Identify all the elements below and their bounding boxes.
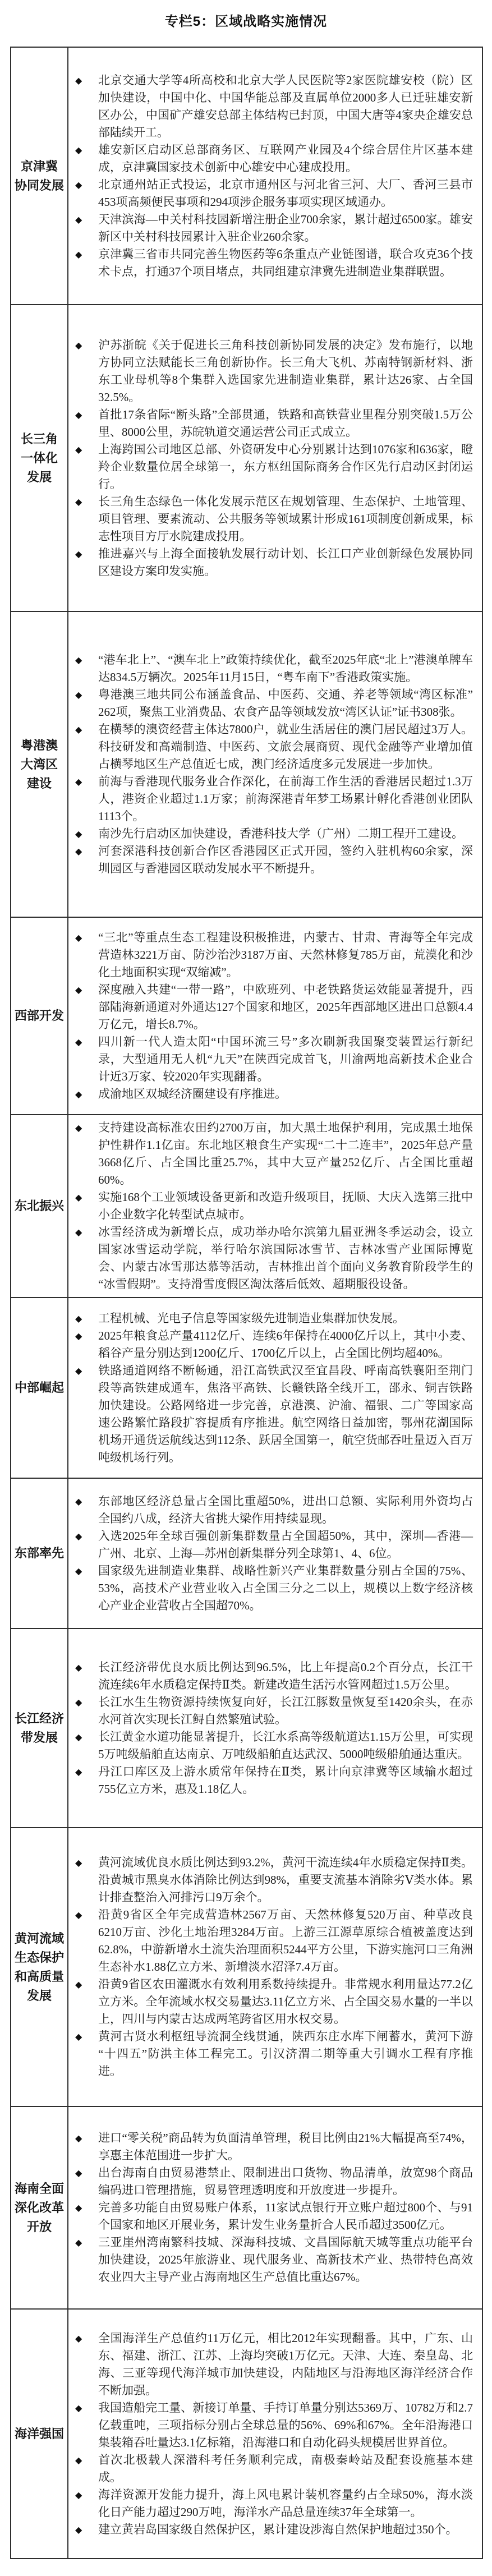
bullet-text: 冰雪经济成为新增长点，成功举办哈尔滨第九届亚洲冬季运动会，设立国家冰雪运动学院，… <box>98 1223 473 1293</box>
bullet-text: 四川新一代人造太阳“中国环流三号”多次刷新我国聚变装置运行新纪录，大型通用无人机… <box>98 1033 473 1085</box>
bullet-text: 成渝地区双城经济圈建设有序推进。 <box>98 1085 473 1103</box>
bullet-item: ◆黄河古贤水利枢纽导流洞全线贯通，陕西东庄水库下闸蓄水，黄河下游“十四五”防洪主… <box>75 2028 473 2080</box>
bullet-text: 长江黄金水道功能显著提升，长江水系高等级航道达1.15万公里，可实现5万吨级船舶… <box>98 1728 473 1763</box>
bullet-text: 全国海洋生产总值约11万亿元，相比2012年实现翻番。其中，广东、山东、福建、浙… <box>98 2330 473 2399</box>
bullet-item: ◆实施168个工业领域设备更新和改造升级项目，抚顺、大庆入选第三批中小企业数字化… <box>75 1189 473 1223</box>
bullet-item: ◆在横琴的澳资经营主体达7800户，就业生活居住的澳门居民超过3万人。科技研发和… <box>75 721 473 773</box>
row-label-line: 海洋强国 <box>15 2425 64 2444</box>
row-content: ◆进口“零关税”商品转为负面清单管理，税目比例由21%大幅提高至74%，享惠主体… <box>68 2107 482 2308</box>
diamond-bullet-icon: ◆ <box>75 1854 98 1871</box>
table-row: 中部崛起◆工程机械、光电子信息等国家级先进制造业集群加快发展。◆2025年粮食总… <box>11 1297 482 1478</box>
diamond-bullet-icon: ◆ <box>75 72 98 89</box>
bullet-item: ◆我国造船完工量、新接订单量、手持订单量分别达5369万、10782万和2.7亿… <box>75 2399 473 2451</box>
bullet-item: ◆东部地区经济总量占全国比重超50%，进出口总额、实际利用外资均占全国约八成，经… <box>75 1493 473 1528</box>
bullet-text: 实施168个工业领域设备更新和改造升级项目，抚顺、大庆入选第三批中小企业数字化转… <box>98 1189 473 1223</box>
row-label-line: 黄河流域 <box>15 1929 64 1948</box>
bullet-item: ◆国家级先进制造业集群、战略性新兴产业集群数量分别占全国的75%、53%，高技术… <box>75 1562 473 1614</box>
diamond-bullet-icon: ◆ <box>75 1728 98 1746</box>
row-label-line: 发展 <box>27 468 52 487</box>
bullet-text: 京津冀三省市共同完善生物医药等6条重点产业链图谱，联合攻克36个技术卡点，打通3… <box>98 246 473 280</box>
bullet-text: 完善多功能自由贸易账户体系，11家试点银行开立账户超过800个、与91个国家和地… <box>98 2199 473 2234</box>
diamond-bullet-icon: ◆ <box>75 929 98 946</box>
row-label-line: 建设 <box>27 774 52 793</box>
bullet-text: 天津滨海—中关村科技园新增注册企业700余家，累计超过6500家。雄安新区中关村… <box>98 211 473 246</box>
row-content: ◆沪苏浙皖《关于促进长三角科技创新协同发展的决定》发布施行，以地方协同立法赋能长… <box>68 305 482 611</box>
bullet-text: 长江经济带优良水质比例达到96.5%，比上年提高0.2个百分点，长江干流连续6年… <box>98 1659 473 1694</box>
bullet-text: 长江水生生物资源持续恢复向好，长江江豚数量恢复至1420余头，在赤水河首次实现长… <box>98 1694 473 1728</box>
bullet-text: “港车北上”、“澳车北上”政策持续优化，截至2025年底“北上”港澳单牌车达83… <box>98 651 473 686</box>
row-label: 长三角一体化发展 <box>11 305 68 611</box>
diamond-bullet-icon: ◆ <box>75 843 98 860</box>
diamond-bullet-icon: ◆ <box>75 1119 98 1137</box>
row-content: ◆长江经济带优良水质比例达到96.5%，比上年提高0.2个百分点，长江干流连续6… <box>68 1629 482 1827</box>
page-title: 专栏5：区域战略实施情况 <box>0 0 492 33</box>
bullet-text: 出台海南自由贸易港禁止、限制进出口货物、物品清单，放宽98个商品编码进口管理措施… <box>98 2164 473 2199</box>
table-row: 东北振兴◆支持建设高标准农田约2700万亩，加大黑土地保护利用，完成黑土地保护性… <box>11 1114 482 1297</box>
table-row: 长三角一体化发展◆沪苏浙皖《关于促进长三角科技创新协同发展的决定》发布施行，以地… <box>11 304 482 611</box>
row-label-line: 大湾区 <box>21 755 58 774</box>
bullet-text: 东部地区经济总量占全国比重超50%，进出口总额、实际利用外资均占全国约八成，经济… <box>98 1493 473 1528</box>
table-row: 东部率先◆东部地区经济总量占全国比重超50%，进出口总额、实际利用外资均占全国约… <box>11 1478 482 1628</box>
diamond-bullet-icon: ◆ <box>75 721 98 738</box>
bullet-text: 支持建设高标准农田约2700万亩，加大黑土地保护利用，完成黑土地保护性耕作1.1… <box>98 1119 473 1189</box>
diamond-bullet-icon: ◆ <box>75 825 98 843</box>
row-label-line: 粤港澳 <box>21 736 58 755</box>
bullet-item: ◆黄河流域优良水质比例达到93.2%，黄河干流连续4年水质稳定保持Ⅱ类。沿黄城市… <box>75 1854 473 1906</box>
diamond-bullet-icon: ◆ <box>75 1694 98 1711</box>
diamond-bullet-icon: ◆ <box>75 1659 98 1676</box>
row-label-line: 东部率先 <box>15 1544 64 1563</box>
diamond-bullet-icon: ◆ <box>75 1493 98 1510</box>
diamond-bullet-icon: ◆ <box>75 2234 98 2251</box>
row-label-line: 开放 <box>27 2218 52 2237</box>
bullet-text: 雄安新区启动区总部商务区、互联网产业园及4个综合居住片区基本建成，京津冀国家技术… <box>98 141 473 176</box>
diamond-bullet-icon: ◆ <box>75 1327 98 1345</box>
row-label-line: 带发展 <box>21 1728 58 1747</box>
row-label-line: 东北振兴 <box>15 1197 64 1216</box>
bullet-item: ◆北京通州站正式投运，北京市通州区与河北省三河、大厂、香河三县市453项高频便民… <box>75 176 473 211</box>
diamond-bullet-icon: ◆ <box>75 545 98 563</box>
bullet-item: ◆首次北极载人深潜科考任务顺利完成，南极秦岭站及配套设施基本建成。 <box>75 2451 473 2486</box>
row-label-line: 中部崛起 <box>15 1378 64 1397</box>
row-label-line: 西部开发 <box>15 1006 64 1025</box>
diamond-bullet-icon: ◆ <box>75 2330 98 2347</box>
bullet-item: ◆首批17条省际“断头路”全部贯通，铁路和高铁营业里程分别突破1.5万公里、80… <box>75 406 473 441</box>
table-row: 京津冀协同发展◆北京交通大学等4所高校和北京大学人民医院等2家医院雄安校（院）区… <box>11 48 482 304</box>
bullet-text: 上海跨国公司地区总部、外资研发中心分别累计达到1076家和636家，瞪羚企业数量… <box>98 441 473 493</box>
row-label-line: 长三角 <box>21 430 58 449</box>
diamond-bullet-icon: ◆ <box>75 1528 98 1545</box>
row-content: ◆北京交通大学等4所高校和北京大学人民医院等2家医院雄安校（院）区加快建设，中国… <box>68 48 482 304</box>
row-label: 东北振兴 <box>11 1115 68 1297</box>
bullet-text: 首批17条省际“断头路”全部贯通，铁路和高铁营业里程分别突破1.5万公里、800… <box>98 406 473 441</box>
diamond-bullet-icon: ◆ <box>75 773 98 790</box>
row-label: 海洋强国 <box>11 2310 68 2558</box>
bullet-item: ◆天津滨海—中关村科技园新增注册企业700余家，累计超过6500家。雄安新区中关… <box>75 211 473 246</box>
row-label-line: 深化改革 <box>15 2198 64 2218</box>
bullet-text: “三北”等重点生态工程建设积极推进，内蒙古、甘肃、青海等全年完成营造林3221万… <box>98 929 473 981</box>
diamond-bullet-icon: ◆ <box>75 2451 98 2469</box>
table-row: 长江经济带发展◆长江经济带优良水质比例达到96.5%，比上年提高0.2个百分点，… <box>11 1628 482 1827</box>
bullet-text: 北京通州站正式投运，北京市通州区与河北省三河、大厂、香河三县市453项高频便民事… <box>98 176 473 211</box>
bullet-text: 沪苏浙皖《关于促进长三角科技创新协同发展的决定》发布施行，以地方协同立法赋能长三… <box>98 337 473 406</box>
bullet-item: ◆四川新一代人造太阳“中国环流三号”多次刷新我国聚变装置运行新纪录，大型通用无人… <box>75 1033 473 1085</box>
diamond-bullet-icon: ◆ <box>75 1310 98 1327</box>
bullet-item: ◆出台海南自由贸易港禁止、限制进出口货物、物品清单，放宽98个商品编码进口管理措… <box>75 2164 473 2199</box>
bullet-text: 海洋资源开发能力提升，海上风电累计装机容量约占全球50%，海水淡化日产能力超过2… <box>98 2486 473 2521</box>
bullet-item: ◆丹江口库区及上游水质常年保持在Ⅱ类，累计向京津冀等区域输水超过755亿立方米，… <box>75 1763 473 1798</box>
bullet-item: ◆沿黄9省区农田灌溉水有效利用系数持续提升。非常规水利用量达77.2亿立方米。全… <box>75 1976 473 2028</box>
bullet-item: ◆雄安新区启动区总部商务区、互联网产业园及4个综合居住片区基本建成，京津冀国家技… <box>75 141 473 176</box>
row-content: ◆支持建设高标准农田约2700万亩，加大黑土地保护利用，完成黑土地保护性耕作1.… <box>68 1115 482 1297</box>
bullet-item: ◆深度融入共建“一带一路”，中欧班列、中老铁路货运效能显著提升，西部陆海新通道对… <box>75 981 473 1033</box>
bullet-item: ◆长江水生生物资源持续恢复向好，长江江豚数量恢复至1420余头，在赤水河首次实现… <box>75 1694 473 1728</box>
bullet-text: 北京交通大学等4所高校和北京大学人民医院等2家医院雄安校（院）区加快建设，中国中… <box>98 72 473 141</box>
bullet-text: 推进嘉兴与上海全面接轨发展行动计划、长江口产业创新绿色发展协同区建设方案印发实施… <box>98 545 473 580</box>
row-content: ◆工程机械、光电子信息等国家级先进制造业集群加快发展。◆2025年粮食总产量41… <box>68 1298 482 1478</box>
diamond-bullet-icon: ◆ <box>75 2521 98 2538</box>
bullet-text: 三亚崖州湾南繁科技城、深海科技城、文昌国际航天城等重点功能平台加快建设，2025… <box>98 2234 473 2286</box>
row-content: ◆全国海洋生产总值约11万亿元，相比2012年实现翻番。其中，广东、山东、福建、… <box>68 2310 482 2558</box>
bullet-text: 国家级先进制造业集群、战略性新兴产业集群数量分别占全国的75%、53%，高技术产… <box>98 1562 473 1614</box>
bullet-item: ◆建立黄岩岛国家级自然保护区，累计建设涉海自然保护地超过350个。 <box>75 2521 473 2538</box>
bullet-item: ◆工程机械、光电子信息等国家级先进制造业集群加快发展。 <box>75 1310 473 1327</box>
bullet-text: 前海与香港现代服务业合作深化，在前海工作生活的香港居民超过1.3万人，港资企业超… <box>98 773 473 825</box>
diamond-bullet-icon: ◆ <box>75 141 98 159</box>
diamond-bullet-icon: ◆ <box>75 337 98 354</box>
row-label: 东部率先 <box>11 1479 68 1628</box>
diamond-bullet-icon: ◆ <box>75 1906 98 1924</box>
diamond-bullet-icon: ◆ <box>75 1562 98 1580</box>
diamond-bullet-icon: ◆ <box>75 246 98 263</box>
bullet-item: ◆北京交通大学等4所高校和北京大学人民医院等2家医院雄安校（院）区加快建设，中国… <box>75 72 473 141</box>
bullet-item: ◆推进嘉兴与上海全面接轨发展行动计划、长江口产业创新绿色发展协同区建设方案印发实… <box>75 545 473 580</box>
row-label-line: 一体化 <box>21 449 58 468</box>
row-label: 长江经济带发展 <box>11 1629 68 1827</box>
row-content: ◆“三北”等重点生态工程建设积极推进，内蒙古、甘肃、青海等全年完成营造林3221… <box>68 918 482 1114</box>
diamond-bullet-icon: ◆ <box>75 1362 98 1379</box>
diamond-bullet-icon: ◆ <box>75 981 98 999</box>
table-row: 黄河流域生态保护和高质量发展◆黄河流域优良水质比例达到93.2%，黄河干流连续4… <box>11 1827 482 2106</box>
diamond-bullet-icon: ◆ <box>75 1976 98 1993</box>
diamond-bullet-icon: ◆ <box>75 1763 98 1781</box>
bullet-item: ◆铁路通道网络不断畅通，沿江高铁武汉至宜昌段、呼南高铁襄阳至荆门段等高铁建成通车… <box>75 1362 473 1466</box>
bullet-text: 在横琴的澳资经营主体达7800户，就业生活居住的澳门居民超过3万人。科技研发和高… <box>98 721 473 773</box>
bullet-item: ◆“港车北上”、“澳车北上”政策持续优化，截至2025年底“北上”港澳单牌车达8… <box>75 651 473 686</box>
row-label-line: 长江经济 <box>15 1709 64 1728</box>
diamond-bullet-icon: ◆ <box>75 2399 98 2417</box>
bullet-item: ◆长江黄金水道功能显著提升，长江水系高等级航道达1.15万公里，可实现5万吨级船… <box>75 1728 473 1763</box>
row-label-line: 和高质量 <box>15 1967 64 1986</box>
bullet-text: 沿黄9省区全年完成营造林2567万亩、天然林修复520万亩、种草改良6210万亩… <box>98 1906 473 1976</box>
bullet-item: ◆全国海洋生产总值约11万亿元，相比2012年实现翻番。其中，广东、山东、福建、… <box>75 2330 473 2399</box>
bullet-item: ◆长三角生态绿色一体化发展示范区在规划管理、生态保护、土地管理、项目管理、要素流… <box>75 493 473 545</box>
diamond-bullet-icon: ◆ <box>75 2486 98 2504</box>
diamond-bullet-icon: ◆ <box>75 2028 98 2045</box>
row-label: 中部崛起 <box>11 1298 68 1478</box>
bullet-item: ◆三亚崖州湾南繁科技城、深海科技城、文昌国际航天城等重点功能平台加快建设，202… <box>75 2234 473 2286</box>
diamond-bullet-icon: ◆ <box>75 1189 98 1206</box>
row-label: 黄河流域生态保护和高质量发展 <box>11 1828 68 2106</box>
bullet-item: ◆沿黄9省区全年完成营造林2567万亩、天然林修复520万亩、种草改良6210万… <box>75 1906 473 1976</box>
bullet-item: ◆“三北”等重点生态工程建设积极推进，内蒙古、甘肃、青海等全年完成营造林3221… <box>75 929 473 981</box>
bullet-item: ◆上海跨国公司地区总部、外资研发中心分别累计达到1076家和636家，瞪羚企业数… <box>75 441 473 493</box>
bullet-text: 河套深港科技创新合作区香港园区正式开园，签约入驻机构60余家，深圳园区与香港园区… <box>98 843 473 877</box>
table-row: 海南全面深化改革开放◆进口“零关税”商品转为负面清单管理，税目比例由21%大幅提… <box>11 2106 482 2308</box>
bullet-text: 沿黄9省区农田灌溉水有效利用系数持续提升。非常规水利用量达77.2亿立方米。全年… <box>98 1976 473 2028</box>
diamond-bullet-icon: ◆ <box>75 1033 98 1051</box>
row-content: ◆黄河流域优良水质比例达到93.2%，黄河干流连续4年水质稳定保持Ⅱ类。沿黄城市… <box>68 1828 482 2106</box>
diamond-bullet-icon: ◆ <box>75 2164 98 2182</box>
bullet-item: ◆南沙先行启动区加快建设，香港科技大学（广州）二期工程开工建设。 <box>75 825 473 843</box>
bullet-text: 进口“零关税”商品转为负面清单管理，税目比例由21%大幅提高至74%，享惠主体范… <box>98 2129 473 2164</box>
bullet-item: ◆冰雪经济成为新增长点，成功举办哈尔滨第九届亚洲冬季运动会，设立国家冰雪运动学院… <box>75 1223 473 1293</box>
region-strategy-table: 京津冀协同发展◆北京交通大学等4所高校和北京大学人民医院等2家医院雄安校（院）区… <box>10 47 483 2559</box>
bullet-text: 首次北极载人深潜科考任务顺利完成，南极秦岭站及配套设施基本建成。 <box>98 2451 473 2486</box>
bullet-text: 长三角生态绿色一体化发展示范区在规划管理、生态保护、土地管理、项目管理、要素流动… <box>98 493 473 545</box>
bullet-item: ◆沪苏浙皖《关于促进长三角科技创新协同发展的决定》发布施行，以地方协同立法赋能长… <box>75 337 473 406</box>
bullet-item: ◆长江经济带优良水质比例达到96.5%，比上年提高0.2个百分点，长江干流连续6… <box>75 1659 473 1694</box>
diamond-bullet-icon: ◆ <box>75 2129 98 2147</box>
diamond-bullet-icon: ◆ <box>75 493 98 510</box>
bullet-text: 工程机械、光电子信息等国家级先进制造业集群加快发展。 <box>98 1310 473 1327</box>
row-label: 西部开发 <box>11 918 68 1114</box>
row-label-line: 生态保护 <box>15 1948 64 1967</box>
diamond-bullet-icon: ◆ <box>75 406 98 424</box>
diamond-bullet-icon: ◆ <box>75 651 98 669</box>
bullet-item: ◆成渝地区双城经济圈建设有序推进。 <box>75 1085 473 1103</box>
diamond-bullet-icon: ◆ <box>75 2199 98 2216</box>
table-row: 西部开发◆“三北”等重点生态工程建设积极推进，内蒙古、甘肃、青海等全年完成营造林… <box>11 917 482 1114</box>
bullet-item: ◆前海与香港现代服务业合作深化，在前海工作生活的香港居民超过1.3万人，港资企业… <box>75 773 473 825</box>
bullet-item: ◆进口“零关税”商品转为负面清单管理，税目比例由21%大幅提高至74%，享惠主体… <box>75 2129 473 2164</box>
bullet-text: 丹江口库区及上游水质常年保持在Ⅱ类，累计向京津冀等区域输水超过755亿立方米，惠… <box>98 1763 473 1798</box>
bullet-text: 2025年粮食总产量4112亿斤、连续6年保持在4000亿斤以上，其中小麦、稻谷… <box>98 1327 473 1362</box>
bullet-text: 黄河流域优良水质比例达到93.2%，黄河干流连续4年水质稳定保持Ⅱ类。沿黄城市黑… <box>98 1854 473 1906</box>
bullet-text: 建立黄岩岛国家级自然保护区，累计建设涉海自然保护地超过350个。 <box>98 2521 473 2538</box>
diamond-bullet-icon: ◆ <box>75 686 98 703</box>
row-label-line: 发展 <box>27 1986 52 2005</box>
row-label: 粤港澳大湾区建设 <box>11 612 68 917</box>
bullet-text: 入选2025年全球百强创新集群数量占全国超50%，其中，深圳—香港—广州、北京、… <box>98 1528 473 1562</box>
diamond-bullet-icon: ◆ <box>75 176 98 194</box>
diamond-bullet-icon: ◆ <box>75 1223 98 1241</box>
row-label: 海南全面深化改革开放 <box>11 2107 68 2308</box>
bullet-text: 粤港澳三地共同公布涵盖食品、中医药、交通、养老等领域“湾区标准”262项，聚焦工… <box>98 686 473 721</box>
bullet-item: ◆海洋资源开发能力提升，海上风电累计装机容量约占全球50%，海水淡化日产能力超过… <box>75 2486 473 2521</box>
bullet-item: ◆粤港澳三地共同公布涵盖食品、中医药、交通、养老等领域“湾区标准”262项，聚焦… <box>75 686 473 721</box>
bullet-item: ◆2025年粮食总产量4112亿斤、连续6年保持在4000亿斤以上，其中小麦、稻… <box>75 1327 473 1362</box>
bullet-item: ◆支持建设高标准农田约2700万亩，加大黑土地保护利用，完成黑土地保护性耕作1.… <box>75 1119 473 1189</box>
row-label: 京津冀协同发展 <box>11 48 68 304</box>
row-label-line: 协同发展 <box>15 176 64 195</box>
row-label-line: 京津冀 <box>21 157 58 176</box>
diamond-bullet-icon: ◆ <box>75 1085 98 1103</box>
bullet-text: 深度融入共建“一带一路”，中欧班列、中老铁路货运效能显著提升，西部陆海新通道对外… <box>98 981 473 1033</box>
bullet-item: ◆完善多功能自由贸易账户体系，11家试点银行开立账户超过800个、与91个国家和… <box>75 2199 473 2234</box>
diamond-bullet-icon: ◆ <box>75 441 98 458</box>
bullet-text: 铁路通道网络不断畅通，沿江高铁武汉至宜昌段、呼南高铁襄阳至荆门段等高铁建成通车，… <box>98 1362 473 1466</box>
table-row: 海洋强国◆全国海洋生产总值约11万亿元，相比2012年实现翻番。其中，广东、山东… <box>11 2308 482 2558</box>
bullet-item: ◆河套深港科技创新合作区香港园区正式开园，签约入驻机构60余家，深圳园区与香港园… <box>75 843 473 877</box>
bullet-item: ◆京津冀三省市共同完善生物医药等6条重点产业链图谱，联合攻克36个技术卡点，打通… <box>75 246 473 280</box>
row-content: ◆东部地区经济总量占全国比重超50%，进出口总额、实际利用外资均占全国约八成，经… <box>68 1479 482 1628</box>
bullet-item: ◆入选2025年全球百强创新集群数量占全国超50%，其中，深圳—香港—广州、北京… <box>75 1528 473 1562</box>
table-row: 粤港澳大湾区建设◆“港车北上”、“澳车北上”政策持续优化，截至2025年底“北上… <box>11 611 482 917</box>
diamond-bullet-icon: ◆ <box>75 211 98 228</box>
bullet-text: 黄河古贤水利枢纽导流洞全线贯通，陕西东庄水库下闸蓄水，黄河下游“十四五”防洪主体… <box>98 2028 473 2080</box>
bullet-text: 我国造船完工量、新接订单量、手持订单量分别达5369万、10782万和2.7亿载… <box>98 2399 473 2451</box>
row-content: ◆“港车北上”、“澳车北上”政策持续优化，截至2025年底“北上”港澳单牌车达8… <box>68 612 482 917</box>
bullet-text: 南沙先行启动区加快建设，香港科技大学（广州）二期工程开工建设。 <box>98 825 473 843</box>
row-label-line: 海南全面 <box>15 2179 64 2198</box>
